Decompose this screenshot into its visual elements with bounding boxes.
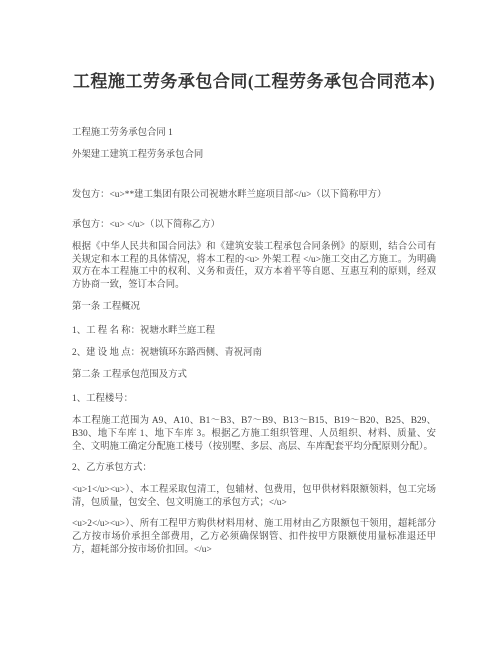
building-numbers-label: 1、工程楼号： [72,393,436,406]
project-location-line: 2、建 设 地 点：祝塘镇环东路西侧、青祝河南 [72,347,436,360]
method-item-2: <u>2</u><u>）、所有工程甲方购供材料用材、施工用材由乙方限额包干领用，… [72,518,436,556]
section-1-heading: 第一条 工程概况 [72,301,436,314]
project-name-line: 1、工 程 名 称：祝塘水畔兰庭工程 [72,325,436,338]
section-2-heading: 第二条 工程承包范围及方式 [72,369,436,382]
document-content: 工程施工劳务承包合同(工程劳务承包合同范本) 工程施工劳务承包合同 1 外架建工… [0,0,500,556]
employer-line: 发包方：<u>**建工集团有限公司祝塘水畔兰庭项目部</u>（以下简称甲方） [72,189,436,202]
doc-subtitle-2: 外架建工建筑工程劳务承包合同 [72,149,436,162]
method-item-1: <u>1</u><u>）、本工程采取包清工，包辅材、包费用，包甲供材料限额领料，… [72,484,436,509]
contractor-line: 承包方：<u> </u>（以下简称乙方） [72,219,436,232]
document-page: 工程施工劳务承包合同(工程劳务承包合同范本) 工程施工劳务承包合同 1 外架建工… [0,0,500,647]
document-title: 工程施工劳务承包合同(工程劳务承包合同范本) [72,70,436,94]
doc-subtitle-1: 工程施工劳务承包合同 1 [72,127,436,140]
scope-paragraph: 本工程施工范围为 A9、A10、B1～B3、B7～B9、B13～B15、B19～… [72,415,436,453]
preamble-paragraph: 根据《中华人民共和国合同法》和《建筑安装工程承包合同条例》的原则，结合公司有关规… [72,241,436,292]
contracting-method-label: 2、乙方承包方式： [72,462,436,475]
